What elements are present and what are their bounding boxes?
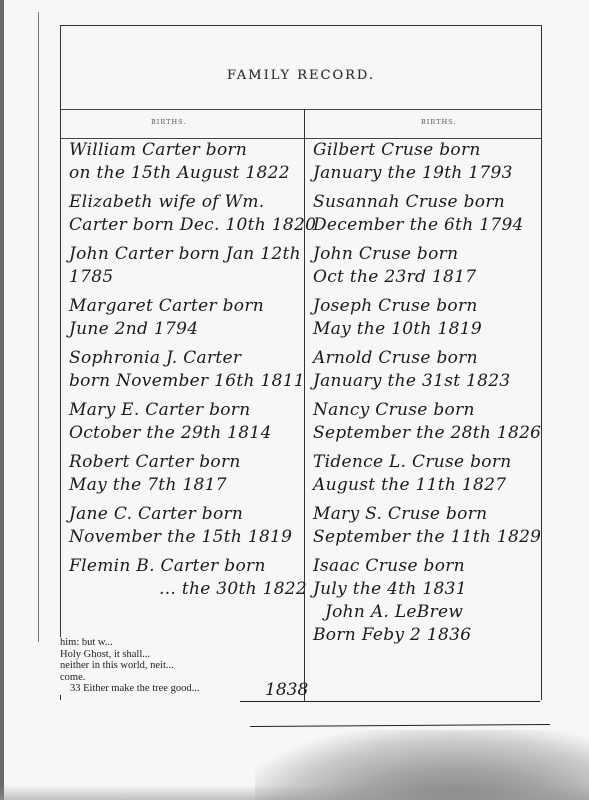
entry-line: January the 31st 1823 [313,370,541,393]
birth-entry: Robert Carter born May the 7th 1817 [69,451,301,497]
carter-births-column: William Carter born on the 15th August 1… [69,139,301,607]
print-line: neither in this world, neit... [60,660,220,672]
scan-edge [0,0,4,800]
birth-entry: Tidence L. Cruse born August the 11th 18… [313,451,541,497]
birth-entry: William Carter born on the 15th August 1… [69,139,301,185]
birth-entry: Flemin B. Carter born ... the 30th 1822 [69,555,301,601]
entry-line: June 2nd 1794 [69,318,301,341]
bottom-rule [250,724,550,727]
page-title: FAMILY RECORD. [61,68,541,83]
entry-line: Joseph Cruse born [313,295,541,318]
entry-line: December the 6th 1794 [313,214,541,237]
entry-line: Susannah Cruse born [313,191,541,214]
entry-line: Flemin B. Carter born [69,555,301,578]
entry-line: July the 4th 1831 [313,578,541,601]
column-header-row: BIRTHS. BIRTHS. [61,109,541,139]
print-line: come. [60,672,220,684]
entry-line: Robert Carter born [69,451,301,474]
family-record-frame: FAMILY RECORD. BIRTHS. BIRTHS. William C… [60,25,542,700]
entry-line: May the 7th 1817 [69,474,301,497]
birth-entry: Mary E. Carter born October the 29th 181… [69,399,301,445]
entry-line: on the 15th August 1822 [69,162,301,185]
births-header-right: BIRTHS. [421,118,456,126]
birth-entry: Mary S. Cruse born September the 11th 18… [313,503,541,549]
birth-entry: Margaret Carter born June 2nd 1794 [69,295,301,341]
print-line: Holy Ghost, it shall... [60,649,220,661]
entry-line: 1785 [69,266,301,289]
cruse-births-column: Gilbert Cruse born January the 19th 1793… [313,139,541,653]
entry-line: Mary S. Cruse born [313,503,541,526]
entry-line: Tidence L. Cruse born [313,451,541,474]
entry-line: Born Feby 2 1836 [313,624,541,647]
entry-line: January the 19th 1793 [313,162,541,185]
column-divider [304,109,305,701]
entry-line: November the 15th 1819 [69,526,301,549]
entry-line: John A. LeBrew [313,601,541,624]
birth-entry: Gilbert Cruse born January the 19th 1793 [313,139,541,185]
entry-line: September the 11th 1829 [313,526,541,549]
entry-line: August the 11th 1827 [313,474,541,497]
entry-line: William Carter born [69,139,301,162]
fragment-year: 1838 [265,680,308,700]
entry-line: Sophronia J. Carter [69,347,301,370]
birth-entry: John Carter born Jan 12th 1785 [69,243,301,289]
entry-line: Isaac Cruse born [313,555,541,578]
bottom-rule [240,701,540,702]
entry-line: May the 10th 1819 [313,318,541,341]
birth-entry: John A. LeBrew Born Feby 2 1836 [313,601,541,647]
birth-entry: Nancy Cruse born September the 28th 1826 [313,399,541,445]
entry-line: September the 28th 1826 [313,422,541,445]
entry-line: born November 16th 1811 [69,370,301,393]
paper-stain [0,785,589,800]
overlapping-printed-scripture: him: but w... Holy Ghost, it shall... ne… [60,637,220,695]
entry-line: ... the 30th 1822 [69,578,301,601]
entry-line: Arnold Cruse born [313,347,541,370]
birth-entry: Elizabeth wife of Wm. Carter born Dec. 1… [69,191,301,237]
entry-line: Nancy Cruse born [313,399,541,422]
birth-entry: John Cruse born Oct the 23rd 1817 [313,243,541,289]
birth-entry: Jane C. Carter born November the 15th 18… [69,503,301,549]
entry-line: October the 29th 1814 [69,422,301,445]
page-margin-rule [38,12,39,642]
birth-entry: Sophronia J. Carter born November 16th 1… [69,347,301,393]
birth-entry: Arnold Cruse born January the 31st 1823 [313,347,541,393]
print-line: 33 Either make the tree good... [60,683,220,695]
print-line: him: but w... [60,637,220,649]
birth-entry: Joseph Cruse born May the 10th 1819 [313,295,541,341]
entry-line: Gilbert Cruse born [313,139,541,162]
births-header-left: BIRTHS. [151,118,186,126]
entry-line: Elizabeth wife of Wm. [69,191,301,214]
entry-line: Carter born Dec. 10th 1820 [69,214,301,237]
birth-entry: Susannah Cruse born December the 6th 179… [313,191,541,237]
entry-line: John Cruse born [313,243,541,266]
entry-line: Jane C. Carter born [69,503,301,526]
entry-line: Mary E. Carter born [69,399,301,422]
entry-line: Margaret Carter born [69,295,301,318]
entry-line: Oct the 23rd 1817 [313,266,541,289]
entry-line: John Carter born Jan 12th [69,243,301,266]
birth-entry: Isaac Cruse born July the 4th 1831 [313,555,541,601]
